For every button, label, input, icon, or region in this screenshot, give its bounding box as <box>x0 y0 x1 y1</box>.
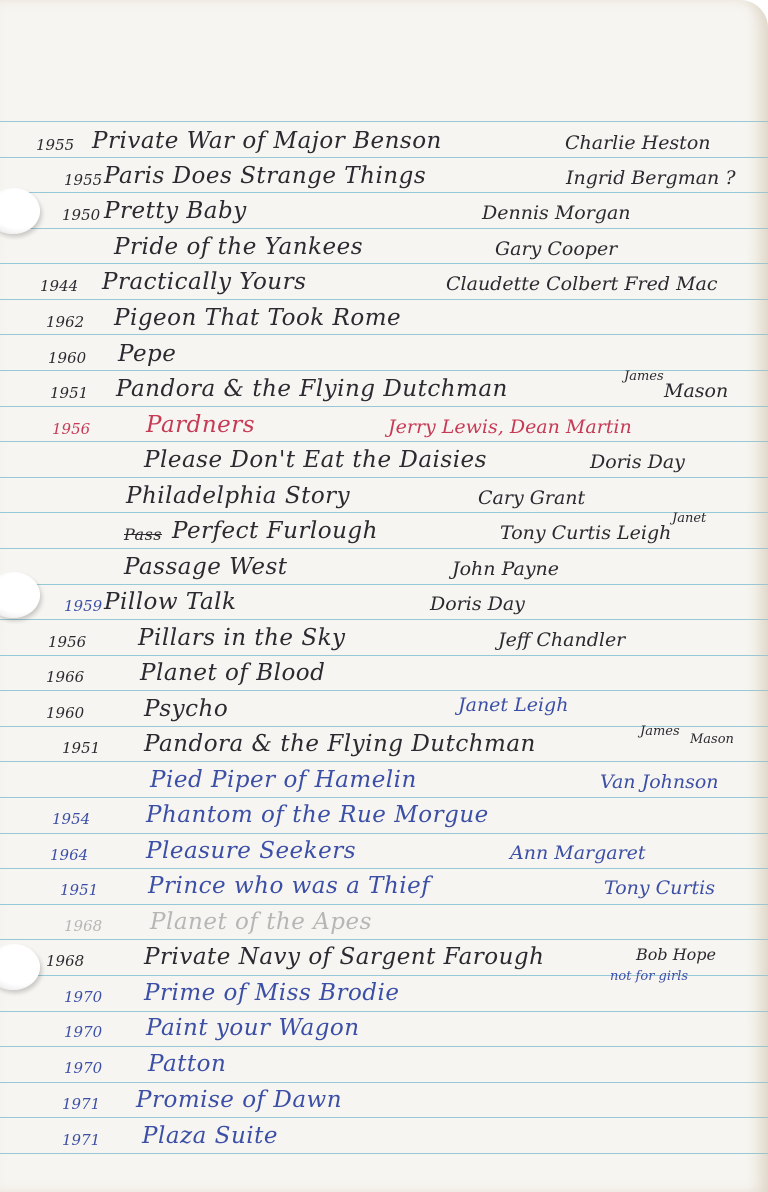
entry-title: Pride of the Yankees <box>114 236 363 259</box>
entry-row: 1956 Pillars in the Sky Jeff Chandler <box>0 618 768 652</box>
entry-title: Paris Does Strange Things <box>104 165 426 188</box>
entry-title: Planet of Blood <box>140 662 325 685</box>
entry-row: 1971 Plaza Suite <box>0 1116 768 1150</box>
entry-title: Practically Yours <box>102 271 306 294</box>
entry-row: 1960 Psycho Janet Leigh <box>0 689 768 723</box>
entry-row: 1954 Phantom of the Rue Morgue <box>0 795 768 829</box>
entry-year: 1955 <box>64 173 102 188</box>
entry-year: 1962 <box>46 315 84 330</box>
entry-row: 1951 Pandora & the Flying Dutchman James… <box>0 369 768 403</box>
entry-title: Phantom of the Rue Morgue <box>146 804 489 827</box>
entry-title: Pandora & the Flying Dutchman <box>144 733 536 756</box>
entry-row: 1944 Practically Yours Claudette Colbert… <box>0 262 768 296</box>
entry-row: 1960 Pepe <box>0 334 768 368</box>
entry-year: 1954 <box>52 812 90 827</box>
entry-actor: John Payne <box>452 560 559 579</box>
entry-year: 1951 <box>50 386 88 401</box>
entry-title: Paint your Wagon <box>146 1017 360 1040</box>
entry-title: Perfect Furlough <box>172 520 378 543</box>
entry-row: 1956 Pardners Jerry Lewis, Dean Martin <box>0 405 768 439</box>
entry-actor: Charlie Heston <box>565 134 711 153</box>
entry-title: Promise of Dawn <box>136 1089 342 1112</box>
entry-row: 1968 Private Navy of Sargent Farough Bob… <box>0 937 768 971</box>
entry-actor: Janet Leigh <box>458 696 568 715</box>
entry-year: 1970 <box>64 1061 102 1076</box>
entry-year: 1956 <box>48 635 86 650</box>
entry-title: Please Don't Eat the Daisies <box>144 449 487 472</box>
entry-title: Pandora & the Flying Dutchman <box>116 378 508 401</box>
entry-row: 1968 Planet of the Apes <box>0 902 768 936</box>
entry-struck-prefix: Pass <box>124 527 162 543</box>
entry-row: Pied Piper of Hamelin Van Johnson <box>0 760 768 794</box>
entry-row: Pass Perfect Furlough Janet Tony Curtis … <box>0 511 768 545</box>
entry-row: Pride of the Yankees Gary Cooper <box>0 227 768 261</box>
entry-year: 1970 <box>64 1025 102 1040</box>
entry-row: 1970 Patton <box>0 1044 768 1078</box>
entry-title: Philadelphia Story <box>126 485 350 508</box>
entry-actor-first-name: James <box>624 370 664 383</box>
entry-actor: Gary Cooper <box>495 240 617 259</box>
entry-row: 1966 Planet of Blood <box>0 653 768 687</box>
entry-row: 1964 Pleasure Seekers Ann Margaret <box>0 831 768 865</box>
entry-row: 1970 Prime of Miss Brodie <box>0 973 768 1007</box>
entry-row: 1959 Pillow Talk Doris Day <box>0 582 768 616</box>
entry-year: 1950 <box>62 208 100 223</box>
entry-actor: Mason <box>690 733 734 746</box>
entry-title: Pillow Talk <box>104 591 236 614</box>
entry-actor: Jeff Chandler <box>498 631 625 650</box>
entry-title: Pigeon That Took Rome <box>114 307 401 330</box>
entry-year: 1960 <box>46 706 84 721</box>
entry-title: Prime of Miss Brodie <box>144 982 400 1005</box>
entry-actor: Bob Hope <box>636 947 716 963</box>
entry-row: 1955 Private War of Major Benson Charlie… <box>0 121 768 155</box>
entry-actor: Claudette Colbert Fred Mac <box>446 275 718 294</box>
entry-title: Psycho <box>144 698 228 721</box>
entry-actor: Doris Day <box>430 595 525 614</box>
entry-year: 1966 <box>46 670 84 685</box>
entry-row: 1951 Prince who was a Thief Tony Curtis <box>0 866 768 900</box>
entry-title: Private War of Major Benson <box>92 130 442 153</box>
entry-title: Pillars in the Sky <box>138 627 346 650</box>
entry-actor: Ann Margaret <box>510 844 646 863</box>
entry-year: 1951 <box>60 883 98 898</box>
entry-row: 1962 Pigeon That Took Rome <box>0 298 768 332</box>
entry-title: Planet of the Apes <box>150 911 372 934</box>
entry-year: 1955 <box>36 138 74 153</box>
entry-title: Pleasure Seekers <box>146 840 356 863</box>
entry-actor: Jerry Lewis, Dean Martin <box>388 418 632 437</box>
entry-actor: Mason <box>664 382 728 401</box>
entry-year: 1960 <box>48 351 86 366</box>
entry-year: 1968 <box>64 919 102 934</box>
entry-row: 1950 Pretty Baby Dennis Morgan <box>0 191 768 225</box>
entry-row: 1971 Promise of Dawn <box>0 1080 768 1114</box>
entry-row: Passage West John Payne <box>0 547 768 581</box>
entry-year: 1944 <box>40 279 78 294</box>
entry-year: 1964 <box>50 848 88 863</box>
entry-title: Pied Piper of Hamelin <box>150 769 417 792</box>
entry-title: Pretty Baby <box>104 200 247 223</box>
entry-actor: Cary Grant <box>478 489 585 508</box>
entry-actor: Van Johnson <box>600 773 719 792</box>
entry-year: 1956 <box>52 422 90 437</box>
entry-actor-first-name: James <box>640 725 680 738</box>
entry-title: Pardners <box>146 414 255 437</box>
entry-row: 1951 Pandora & the Flying Dutchman James… <box>0 724 768 758</box>
entry-year: 1959 <box>64 599 102 614</box>
entry-actor: Ingrid Bergman ? <box>566 169 736 188</box>
entry-title: Private Navy of Sargent Farough <box>144 946 544 969</box>
entry-title: Patton <box>148 1053 226 1076</box>
entry-title: Plaza Suite <box>142 1125 278 1148</box>
entry-year: 1968 <box>46 954 84 969</box>
entry-title: Passage West <box>124 556 288 579</box>
entry-year: 1970 <box>64 990 102 1005</box>
rule-line <box>0 1153 768 1154</box>
entry-row: Philadelphia Story Cary Grant <box>0 476 768 510</box>
entry-year: 1951 <box>62 741 100 756</box>
entry-title: Pepe <box>118 343 176 366</box>
entry-actor-first-name: Janet <box>672 512 706 525</box>
entry-row: 1955 Paris Does Strange Things Ingrid Be… <box>0 156 768 190</box>
entry-actor: Tony Curtis <box>604 879 715 898</box>
entry-row: 1970 Paint your Wagon <box>0 1008 768 1042</box>
entry-title: Prince who was a Thief <box>148 875 430 898</box>
entry-actor: Dennis Morgan <box>482 204 631 223</box>
entry-row: Please Don't Eat the Daisies Doris Day <box>0 440 768 474</box>
notebook-page: 1955 Private War of Major Benson Charlie… <box>0 0 768 1192</box>
entry-actor: Doris Day <box>590 453 685 472</box>
entry-year: 1971 <box>62 1097 100 1112</box>
entry-actor: Tony Curtis Leigh <box>500 524 671 543</box>
entry-year: 1971 <box>62 1133 100 1148</box>
